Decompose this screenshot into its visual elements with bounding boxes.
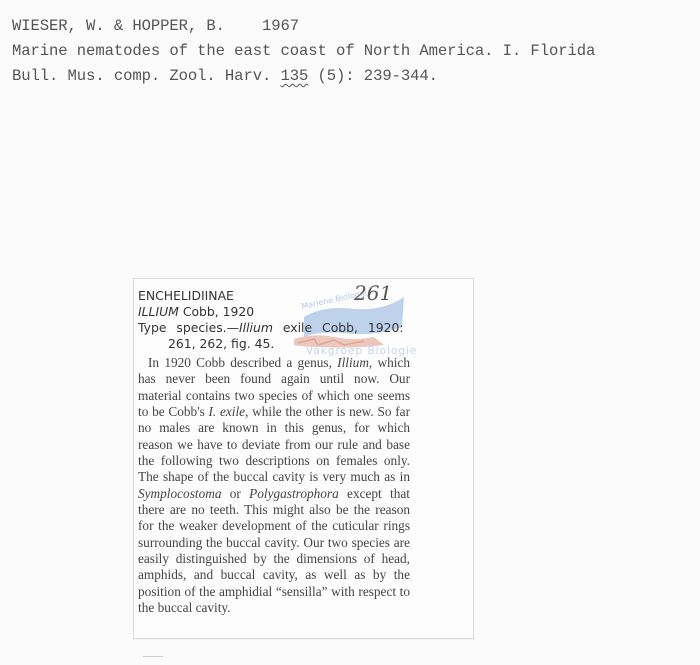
citation-pages: (5): 239-344. <box>308 67 438 85</box>
subfamily-name: ENCHELIDIINAE <box>138 288 404 304</box>
taxon-name-italic: Symplocostoma <box>138 486 221 501</box>
citation-authors: WIESER, W. & HOPPER, B. <box>12 17 225 35</box>
type-species-rest: exile Cobb, 1920: <box>273 320 404 335</box>
citation-block: WIESER, W. & HOPPER, B. 1967 Marine nema… <box>12 14 595 89</box>
citation-journal: Bull. Mus. comp. Zool. Harv. <box>12 67 280 85</box>
taxon-name-italic: I. exile <box>209 404 246 419</box>
citation-title: Marine nematodes of the east coast of No… <box>12 39 595 64</box>
genus-description: In 1920 Cobb described a genus, Illium, … <box>138 355 410 617</box>
type-species-ref: 261, 262, fig. 45. <box>138 336 404 352</box>
genus-author: Cobb, 1920 <box>179 304 254 319</box>
divider <box>143 656 163 657</box>
citation-journal-line: Bull. Mus. comp. Zool. Harv. 135 (5): 23… <box>12 64 595 89</box>
taxon-name-italic: Illium <box>337 355 369 370</box>
description-paragraph: In 1920 Cobb described a genus, Illium, … <box>138 355 410 617</box>
citation-authors-line: WIESER, W. & HOPPER, B. 1967 <box>12 14 595 39</box>
genus-name: ILLIUM <box>138 304 179 319</box>
citation-year: 1967 <box>262 17 299 35</box>
taxon-name-italic: Polygastrophora <box>249 486 339 501</box>
citation-volume: 135 <box>280 67 308 85</box>
taxon-header: ENCHELIDIINAE ILLIUM Cobb, 1920 Type spe… <box>138 288 404 352</box>
genus-line: ILLIUM Cobb, 1920 <box>138 304 404 320</box>
type-species-name: Illium <box>239 320 273 335</box>
taxon-clipping-card: Mariene Biologie Vakgroep Biologie 261 E… <box>133 278 474 639</box>
type-species-label: Type species.— <box>138 320 239 335</box>
type-species-line: Type species.—Illium exile Cobb, 1920: <box>138 320 404 336</box>
